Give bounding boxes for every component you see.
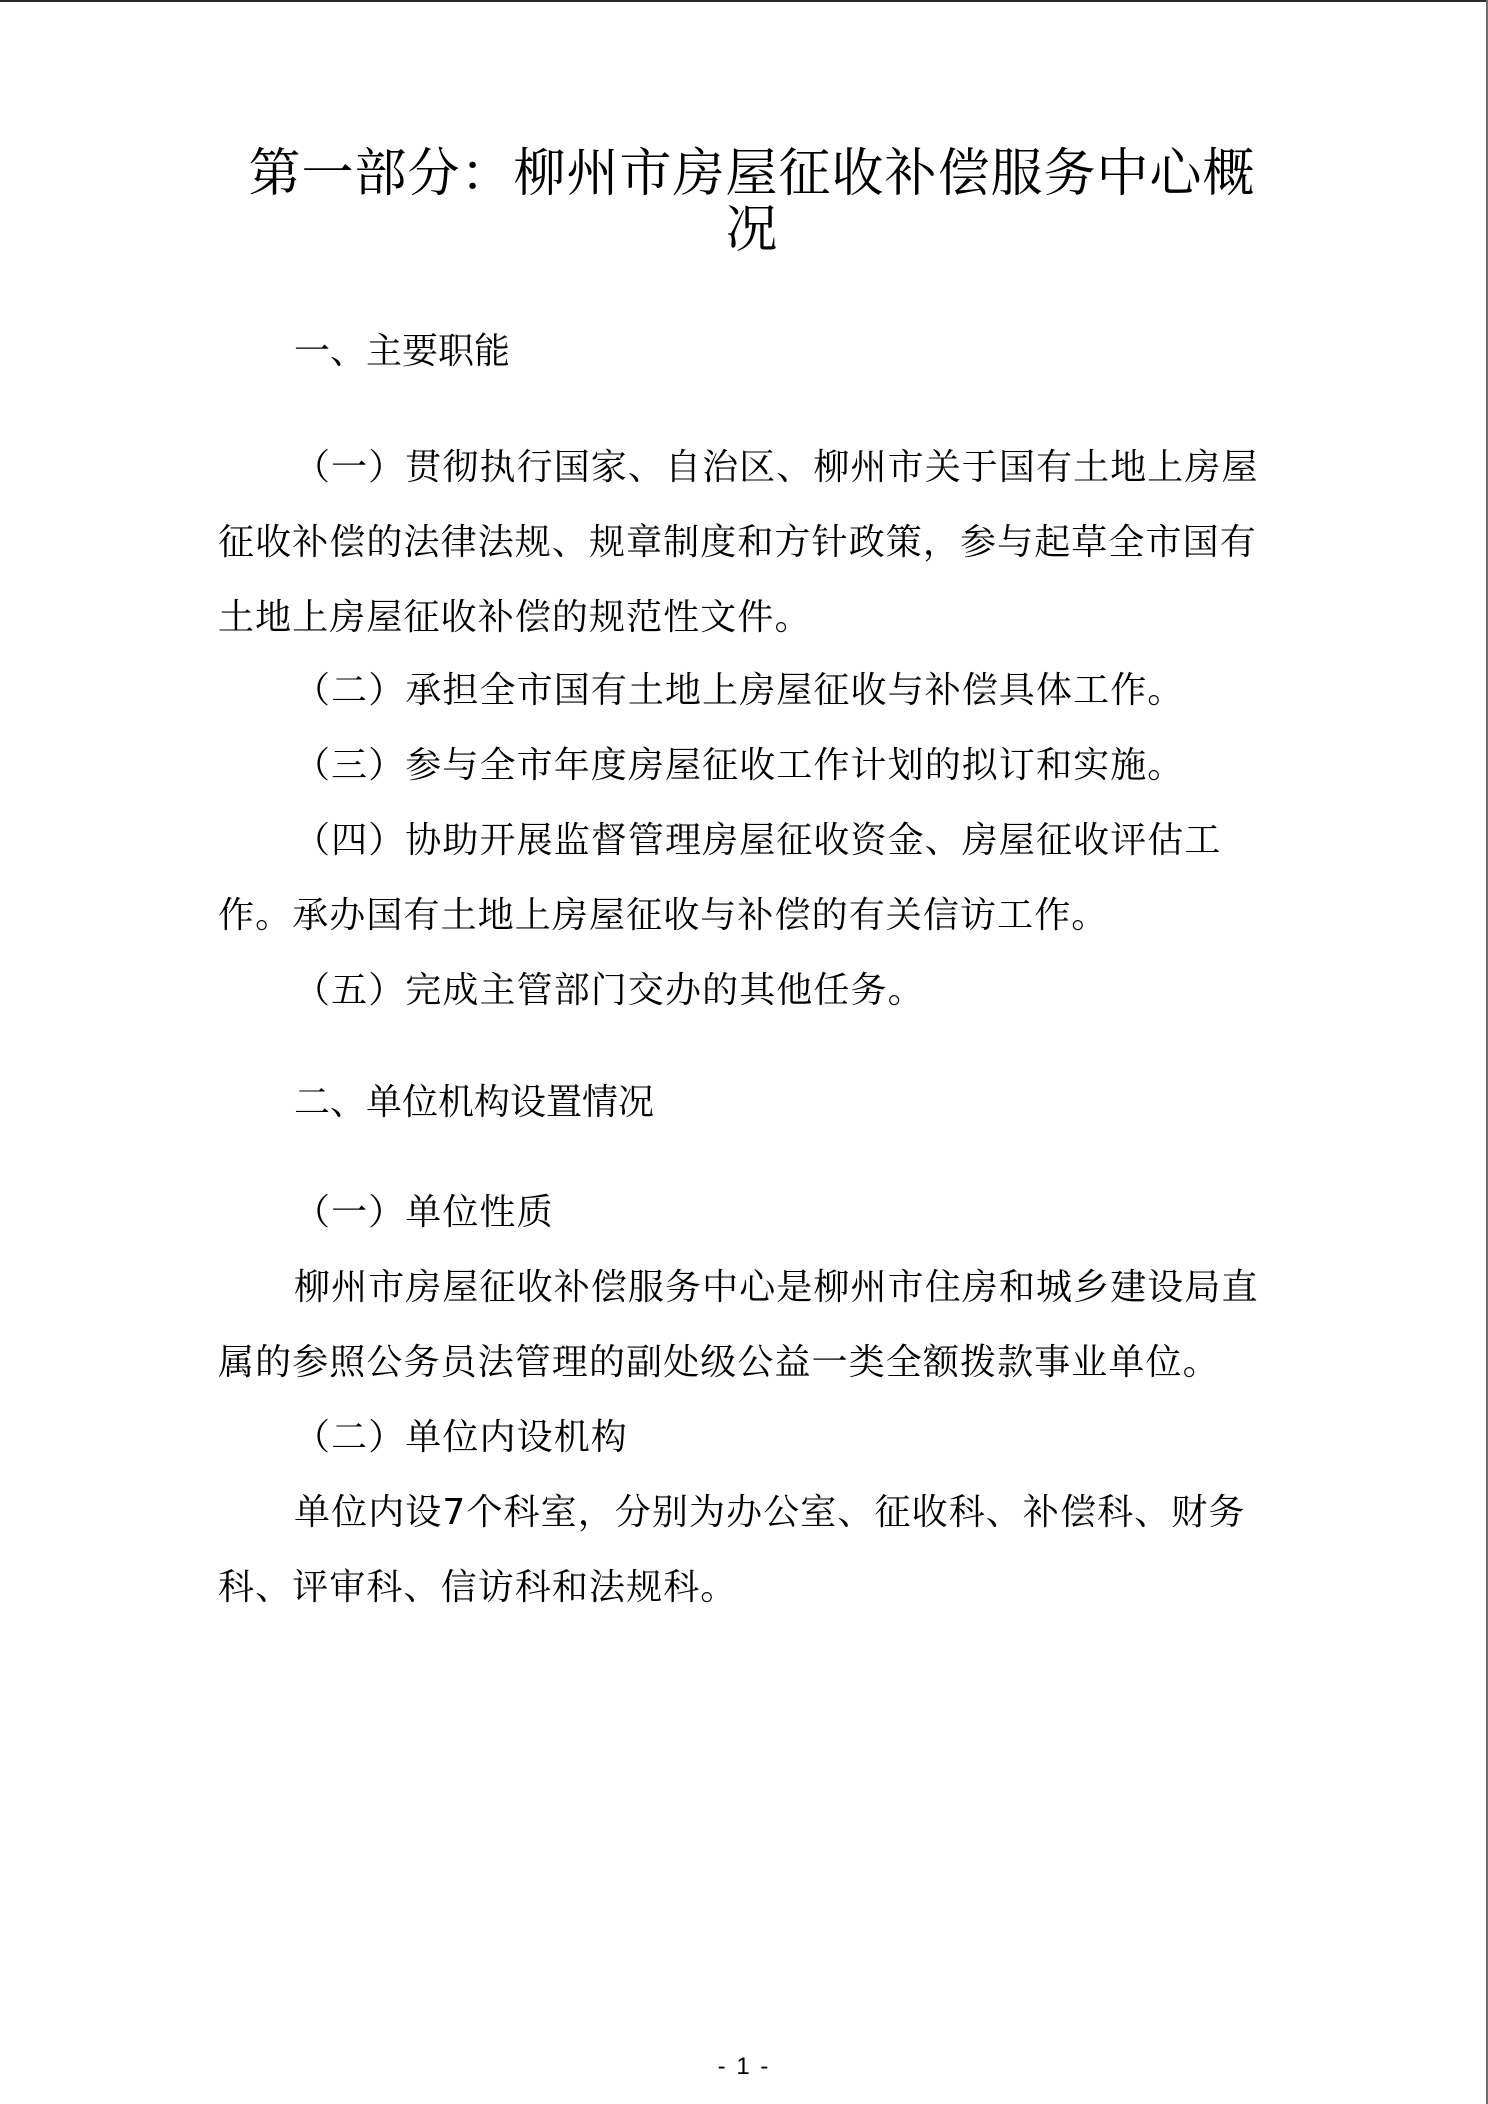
text-line: （三）参与全市年度房屋征收工作计划的拟订和实施。 xyxy=(218,728,1286,803)
page-top-border xyxy=(0,0,1488,2)
subheading-internal-departments: （二）单位内设机构 xyxy=(218,1400,1286,1475)
text-line: （四）协助开展监督管理房屋征收资金、房屋征收评估工 xyxy=(218,803,1286,878)
paragraph-unit-nature: 柳州市房屋征收补偿服务中心是柳州市住房和城乡建设局直 属的参照公务员法管理的副处… xyxy=(218,1250,1286,1400)
page-number: - 1 - xyxy=(0,2052,1488,2082)
text-line: （五）完成主管部门交办的其他任务。 xyxy=(218,953,1286,1028)
text-line: （一）贯彻执行国家、自治区、柳州市关于国有土地上房屋 xyxy=(218,430,1286,505)
text-line: 科、评审科、信访科和法规科。 xyxy=(218,1550,1286,1625)
paragraph-internal-departments: 单位内设7个科室，分别为办公室、征收科、补偿科、财务 科、评审科、信访科和法规科… xyxy=(218,1475,1286,1625)
paragraph-function-5: （五）完成主管部门交办的其他任务。 xyxy=(218,953,1286,1028)
text-line: 柳州市房屋征收补偿服务中心是柳州市住房和城乡建设局直 xyxy=(218,1250,1286,1325)
paragraph-function-3: （三）参与全市年度房屋征收工作计划的拟订和实施。 xyxy=(218,728,1286,803)
text-line: （二）单位内设机构 xyxy=(218,1400,1286,1475)
text-line: 单位内设7个科室，分别为办公室、征收科、补偿科、财务 xyxy=(218,1475,1286,1550)
section-heading-main-functions: 一、主要职能 xyxy=(218,332,1286,372)
text-line: （二）承担全市国有土地上房屋征收与补偿具体工作。 xyxy=(218,653,1286,728)
text-line: 作。承办国有土地上房屋征收与补偿的有关信访工作。 xyxy=(218,878,1286,953)
subheading-unit-nature: （一）单位性质 xyxy=(218,1175,1286,1250)
text-line: 征收补偿的法律法规、规章制度和方针政策，参与起草全市国有 xyxy=(218,505,1286,580)
text-line: 土地上房屋征收补偿的规范性文件。 xyxy=(218,580,1286,655)
page-title: 第一部分：柳州市房屋征收补偿服务中心概 况 xyxy=(208,146,1296,258)
paragraph-function-2: （二）承担全市国有土地上房屋征收与补偿具体工作。 xyxy=(218,653,1286,728)
text-line: （一）单位性质 xyxy=(218,1175,1286,1250)
text-line: 属的参照公务员法管理的副处级公益一类全额拨款事业单位。 xyxy=(218,1325,1286,1400)
title-line-1: 第一部分：柳州市房屋征收补偿服务中心概 xyxy=(208,146,1296,202)
paragraph-function-1: （一）贯彻执行国家、自治区、柳州市关于国有土地上房屋 征收补偿的法律法规、规章制… xyxy=(218,430,1286,655)
title-line-2: 况 xyxy=(208,202,1296,258)
paragraph-function-4: （四）协助开展监督管理房屋征收资金、房屋征收评估工 作。承办国有土地上房屋征收与… xyxy=(218,803,1286,953)
section-heading-organization: 二、单位机构设置情况 xyxy=(218,1083,1286,1123)
